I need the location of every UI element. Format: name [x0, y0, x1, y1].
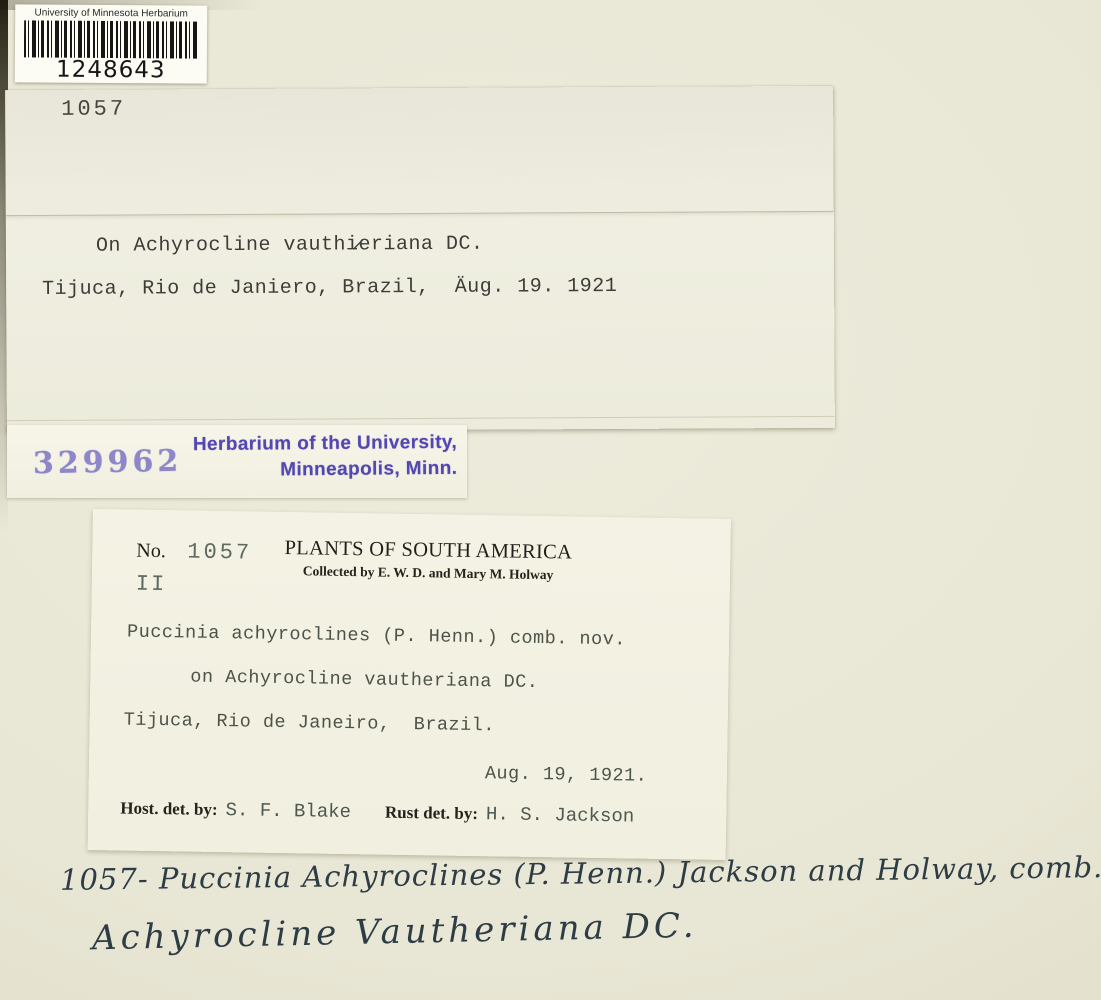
- label-locality: Tijuca, Rio de Janeiro, Brazil.: [124, 710, 496, 737]
- host-det-label: Host. det. by:: [120, 798, 218, 820]
- annotation-line2: Achyrocline Vautheriana DC.: [92, 906, 698, 959]
- barcode-number: 1248643: [15, 57, 207, 82]
- packet-fold-flap: [5, 86, 834, 216]
- label-collectors: Collected by E. W. D. and Mary M. Holway: [260, 563, 596, 584]
- herbarium-stamp-line2: Minneapolis, Minn.: [193, 455, 457, 483]
- label-title-block: PLANTS OF SOUTH AMERICA Collected by E. …: [260, 537, 597, 584]
- accession-number-stamp: 329962: [33, 444, 183, 482]
- packet-host-line: On Achyrocline vauthi̷eriana DC.: [96, 233, 484, 258]
- label-host-line: on Achyrocline vautheriana DC.: [190, 667, 538, 693]
- specimen-packet: 1057 On Achyrocline vauthi̷eriana DC. Ti…: [5, 86, 835, 432]
- herbarium-stamp: Herbarium of the University, Minneapolis…: [193, 430, 458, 484]
- packet-fold-crease: [7, 416, 835, 421]
- collection-label: No. 1057 PLANTS OF SOUTH AMERICA Collect…: [88, 509, 731, 860]
- label-no-prefix: No.: [136, 540, 166, 563]
- label-title: PLANTS OF SOUTH AMERICA: [260, 537, 596, 565]
- packet-locality-line: Tijuca, Rio de Janiero, Brazil, Äug. 19.…: [42, 275, 617, 301]
- packet-number: 1057: [61, 97, 126, 122]
- specimen-sheet: University of Minnesota Herbarium 124864…: [0, 0, 1101, 1000]
- label-collection-number: 1057: [187, 539, 252, 565]
- rust-det-name: H. S. Jackson: [486, 803, 635, 827]
- rust-det-label: Rust det. by:: [385, 803, 478, 824]
- institution-name: University of Minnesota Herbarium: [15, 4, 207, 19]
- label-series: II: [136, 572, 167, 597]
- accession-label: 329962 Herbarium of the University, Minn…: [7, 425, 467, 498]
- barcode-label: University of Minnesota Herbarium 124864…: [15, 4, 208, 83]
- label-fungus-name: Puccinia achyroclines (P. Henn.) comb. n…: [127, 622, 626, 651]
- host-det-name: S. F. Blake: [225, 799, 351, 823]
- label-date: Aug. 19, 1921.: [485, 763, 648, 787]
- label-determiners-row: Host. det. by: S. F. Blake Rust det. by:…: [120, 797, 634, 827]
- herbarium-stamp-line1: Herbarium of the University,: [193, 430, 457, 458]
- annotation-line1: 1057- Puccinia Achyroclines (P. Henn.) J…: [60, 849, 1101, 897]
- barcode-icon: [24, 20, 198, 58]
